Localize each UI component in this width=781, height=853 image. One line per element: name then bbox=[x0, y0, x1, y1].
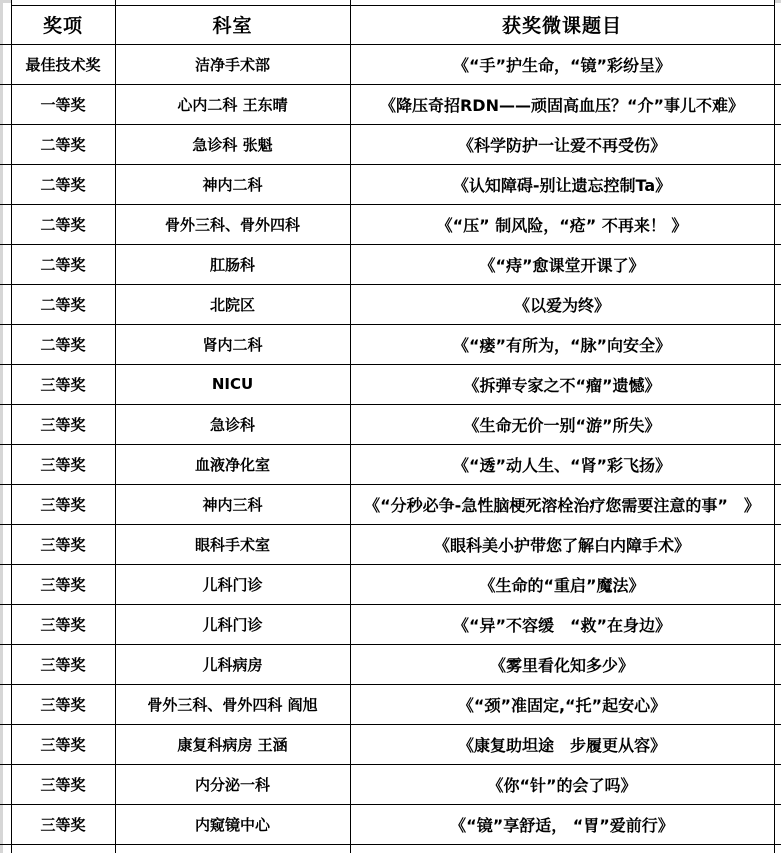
title-cell: 《生命的“重启”魔法》 bbox=[350, 564, 774, 604]
title-cell: 《康复助坦途 步履更从容》 bbox=[350, 724, 774, 764]
gutter-right bbox=[774, 804, 781, 844]
table-row: 三等奖 儿科病房 《雾里看化知多少》 bbox=[0, 644, 781, 684]
awards-table: 奖项 科室 获奖微课题目 最佳技术奖 洁净手术部 《“手”护生命，“镜”彩纷呈》… bbox=[0, 0, 781, 853]
gutter-left bbox=[0, 804, 11, 844]
award-cell: 三等奖 bbox=[11, 604, 115, 644]
title-cell: 《你“针”的会了吗》 bbox=[350, 764, 774, 804]
gutter-right bbox=[774, 764, 781, 804]
gutter-right bbox=[774, 124, 781, 164]
title-cell: 《“分秒必争-急性脑梗死溶栓治疗您需要注意的事” 》 bbox=[350, 484, 774, 524]
table-row: 二等奖 神内二科 《认知障碍-别让遗忘控制Ta》 bbox=[0, 164, 781, 204]
table-row: 二等奖 北院区 《以爱为终》 bbox=[0, 284, 781, 324]
title-cell: 《生命无价一别“游”所失》 bbox=[350, 404, 774, 444]
department-cell: 内分泌一科 bbox=[115, 764, 350, 804]
gutter-right bbox=[774, 284, 781, 324]
award-cell: 三等奖 bbox=[11, 644, 115, 684]
gutter-right bbox=[774, 484, 781, 524]
column-header-title: 获奖微课题目 bbox=[350, 5, 774, 44]
gutter-left bbox=[0, 364, 11, 404]
department-cell: 儿科病房 bbox=[115, 644, 350, 684]
award-cell: 二等奖 bbox=[11, 284, 115, 324]
gutter-right bbox=[774, 564, 781, 604]
award-cell: 三等奖 bbox=[11, 364, 115, 404]
award-cell: 二等奖 bbox=[11, 204, 115, 244]
gutter-left bbox=[0, 44, 11, 84]
title-cell: 《“异”不容缓 “救”在身边》 bbox=[350, 604, 774, 644]
award-cell: 三等奖 bbox=[11, 804, 115, 844]
department-cell: 儿科门诊 bbox=[115, 604, 350, 644]
table-row: 三等奖 康复科病房 王涵 《康复助坦途 步履更从容》 bbox=[0, 724, 781, 764]
department-cell: 神内二科 bbox=[115, 164, 350, 204]
gutter-right bbox=[774, 524, 781, 564]
title-cell: 《科学防护一让爱不再受伤》 bbox=[350, 124, 774, 164]
title-cell: 《“瘘”有所为，“脉”向安全》 bbox=[350, 324, 774, 364]
award-cell: 最佳技术奖 bbox=[11, 44, 115, 84]
gutter-left bbox=[0, 724, 11, 764]
gutter-right bbox=[774, 724, 781, 764]
title-cell: 《以爱为终》 bbox=[350, 284, 774, 324]
gutter-left bbox=[0, 564, 11, 604]
department-cell: 肾内二科 bbox=[115, 324, 350, 364]
department-cell: 洁净手术部 bbox=[115, 44, 350, 84]
gutter-right bbox=[774, 684, 781, 724]
award-cell: 三等奖 bbox=[11, 564, 115, 604]
gutter-right bbox=[774, 364, 781, 404]
award-cell: 三等奖 bbox=[11, 484, 115, 524]
department-cell: 北院区 bbox=[115, 284, 350, 324]
award-cell: 三等奖 bbox=[11, 404, 115, 444]
title-cell: 《降压奇招RDN——顽固高血压？“介”事儿不难》 bbox=[350, 84, 774, 124]
table-row: 二等奖 急诊科 张魁 《科学防护一让爱不再受伤》 bbox=[0, 124, 781, 164]
gutter-left bbox=[0, 284, 11, 324]
gutter-left bbox=[0, 404, 11, 444]
table-row: 二等奖 肾内二科 《“瘘”有所为，“脉”向安全》 bbox=[0, 324, 781, 364]
award-cell: 二等奖 bbox=[11, 244, 115, 284]
title-cell: 《“压” 制风险，“疮” 不再来！ 》 bbox=[350, 204, 774, 244]
department-cell: 儿科门诊 bbox=[115, 564, 350, 604]
gutter-left bbox=[0, 164, 11, 204]
partial-clipped-row bbox=[0, 844, 781, 853]
award-cell: 三等奖 bbox=[11, 684, 115, 724]
gutter-left bbox=[0, 604, 11, 644]
gutter-right bbox=[774, 5, 781, 44]
department-cell: 骨外三科、骨外四科 阎旭 bbox=[115, 684, 350, 724]
gutter-right bbox=[774, 204, 781, 244]
gutter-right bbox=[774, 84, 781, 124]
gutter-left bbox=[0, 124, 11, 164]
department-cell: 内窥镜中心 bbox=[115, 804, 350, 844]
title-cell: 《认知障碍-别让遗忘控制Ta》 bbox=[350, 164, 774, 204]
title-cell: 《雾里看化知多少》 bbox=[350, 644, 774, 684]
gutter-left bbox=[0, 244, 11, 284]
gutter-left bbox=[0, 5, 11, 44]
header-row: 奖项 科室 获奖微课题目 bbox=[0, 5, 781, 44]
gutter-right bbox=[774, 164, 781, 204]
gutter-left bbox=[0, 444, 11, 484]
gutter-right bbox=[774, 44, 781, 84]
gutter-left bbox=[0, 204, 11, 244]
table-row: 一等奖 心内二科 王东晴 《降压奇招RDN——顽固高血压？“介”事儿不难》 bbox=[0, 84, 781, 124]
gutter-right bbox=[774, 324, 781, 364]
gutter-right bbox=[774, 644, 781, 684]
table-row: 三等奖 骨外三科、骨外四科 阎旭 《“颈”准固定,“托”起安心》 bbox=[0, 684, 781, 724]
title-cell: 《“颈”准固定,“托”起安心》 bbox=[350, 684, 774, 724]
title-cell: 《“手”护生命，“镜”彩纷呈》 bbox=[350, 44, 774, 84]
department-cell: 血液净化室 bbox=[115, 444, 350, 484]
gutter-left bbox=[0, 84, 11, 124]
award-cell: 二等奖 bbox=[11, 324, 115, 364]
award-cell: 三等奖 bbox=[11, 444, 115, 484]
department-cell: 康复科病房 王涵 bbox=[115, 724, 350, 764]
table-row: 三等奖 内分泌一科 《你“针”的会了吗》 bbox=[0, 764, 781, 804]
table-row: 二等奖 肛肠科 《“痔”愈课堂开课了》 bbox=[0, 244, 781, 284]
table-row: 三等奖 眼科手术室 《眼科美小护带您了解白内障手术》 bbox=[0, 524, 781, 564]
table-row: 三等奖 儿科门诊 《生命的“重启”魔法》 bbox=[0, 564, 781, 604]
gutter-left bbox=[0, 764, 11, 804]
award-cell: 二等奖 bbox=[11, 124, 115, 164]
page: 奖项 科室 获奖微课题目 最佳技术奖 洁净手术部 《“手”护生命，“镜”彩纷呈》… bbox=[0, 0, 781, 853]
department-cell: 神内三科 bbox=[115, 484, 350, 524]
department-cell: NICU bbox=[115, 364, 350, 404]
gutter-right bbox=[774, 404, 781, 444]
table-row: 最佳技术奖 洁净手术部 《“手”护生命，“镜”彩纷呈》 bbox=[0, 44, 781, 84]
gutter-left bbox=[0, 324, 11, 364]
table-row: 三等奖 儿科门诊 《“异”不容缓 “救”在身边》 bbox=[0, 604, 781, 644]
title-cell: 《眼科美小护带您了解白内障手术》 bbox=[350, 524, 774, 564]
table-row: 三等奖 血液净化室 《“透”动人生、“肾”彩飞扬》 bbox=[0, 444, 781, 484]
table-row: 三等奖 急诊科 《生命无价一别“游”所失》 bbox=[0, 404, 781, 444]
table-row: 三等奖 内窥镜中心 《“镜”享舒适， “胃”爱前行》 bbox=[0, 804, 781, 844]
award-cell: 三等奖 bbox=[11, 764, 115, 804]
title-cell: 《“透”动人生、“肾”彩飞扬》 bbox=[350, 444, 774, 484]
gutter-right bbox=[774, 604, 781, 644]
department-cell: 眼科手术室 bbox=[115, 524, 350, 564]
department-cell: 肛肠科 bbox=[115, 244, 350, 284]
award-cell: 三等奖 bbox=[11, 524, 115, 564]
gutter-right bbox=[774, 444, 781, 484]
award-cell: 三等奖 bbox=[11, 724, 115, 764]
gutter-left bbox=[0, 484, 11, 524]
column-header-department: 科室 bbox=[115, 5, 350, 44]
gutter-left bbox=[0, 684, 11, 724]
table-row: 三等奖 NICU 《拆弹专家之不“瘤”遗憾》 bbox=[0, 364, 781, 404]
department-cell: 急诊科 张魁 bbox=[115, 124, 350, 164]
gutter-left bbox=[0, 524, 11, 564]
gutter-left bbox=[0, 644, 11, 684]
table-row: 三等奖 神内三科 《“分秒必争-急性脑梗死溶栓治疗您需要注意的事” 》 bbox=[0, 484, 781, 524]
department-cell: 心内二科 王东晴 bbox=[115, 84, 350, 124]
title-cell: 《“镜”享舒适， “胃”爱前行》 bbox=[350, 804, 774, 844]
title-cell: 《拆弹专家之不“瘤”遗憾》 bbox=[350, 364, 774, 404]
award-cell: 一等奖 bbox=[11, 84, 115, 124]
gutter-right bbox=[774, 244, 781, 284]
department-cell: 急诊科 bbox=[115, 404, 350, 444]
award-cell: 二等奖 bbox=[11, 164, 115, 204]
department-cell: 骨外三科、骨外四科 bbox=[115, 204, 350, 244]
table-row: 二等奖 骨外三科、骨外四科 《“压” 制风险，“疮” 不再来！ 》 bbox=[0, 204, 781, 244]
title-cell: 《“痔”愈课堂开课了》 bbox=[350, 244, 774, 284]
column-header-award: 奖项 bbox=[11, 5, 115, 44]
